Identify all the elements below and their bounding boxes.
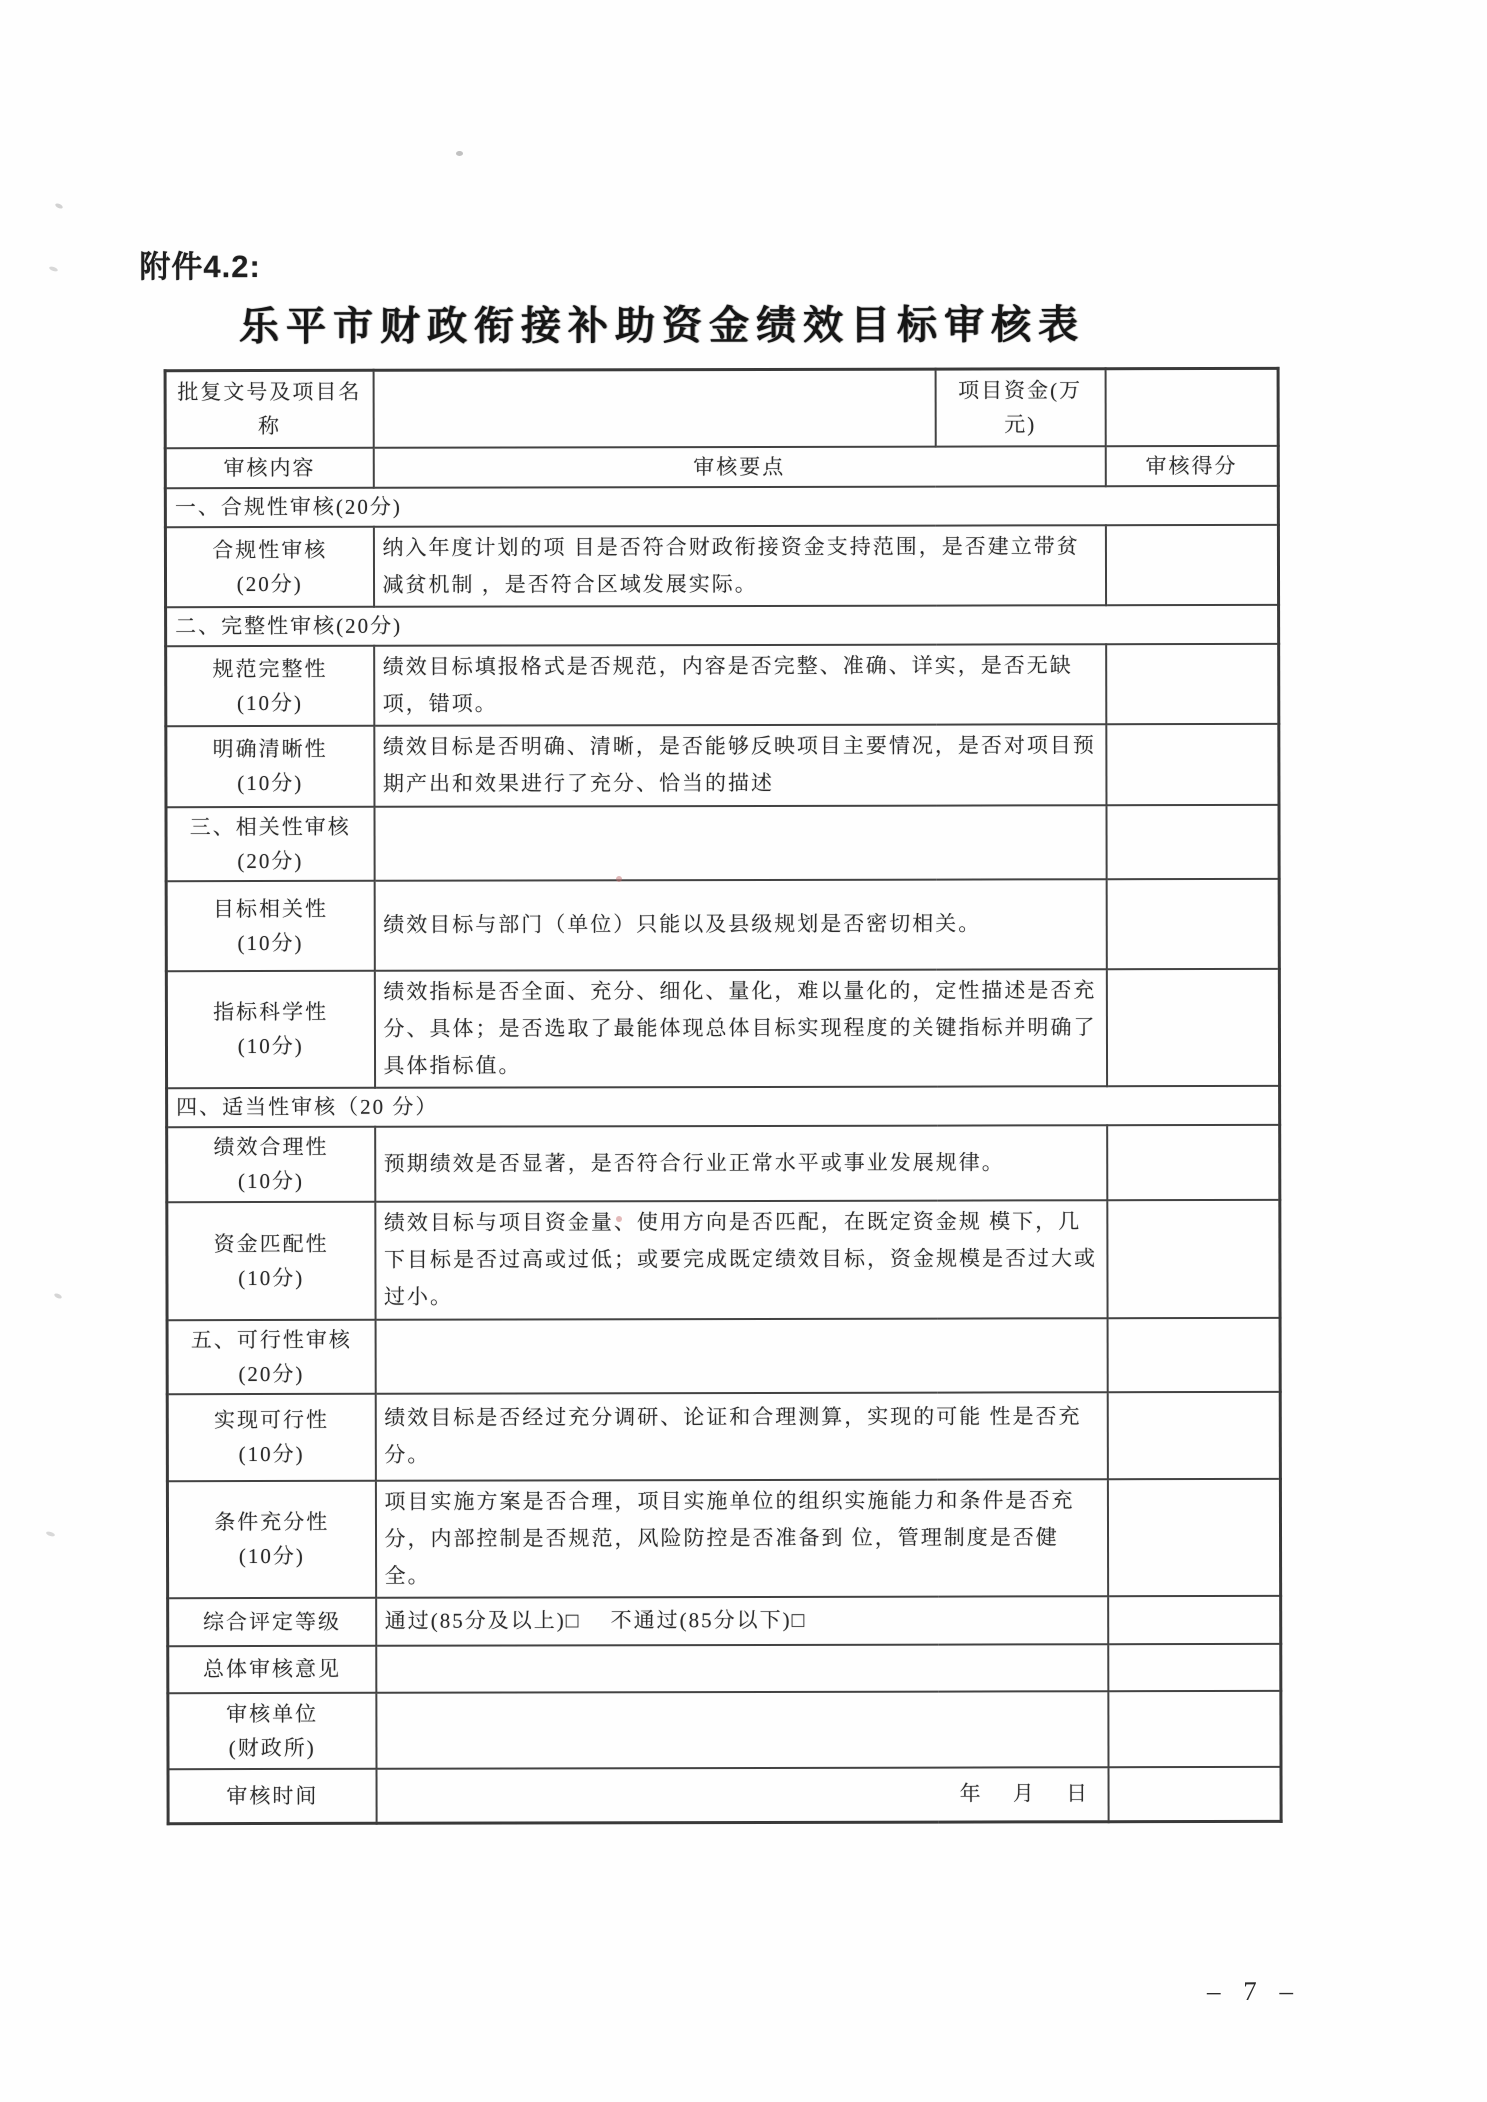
criteria-row: 条件充分性 (10分) 项目实施方案是否合理，项目实施单位的组织实施能力和条件是…: [167, 1478, 1280, 1597]
score-cell: [1106, 804, 1279, 878]
criteria-row: 指标科学性 (10分) 绩效指标是否全面、充分、细化、量化，难以量化的，定性描述…: [166, 968, 1279, 1087]
criteria-points: 绩效目标与项目资金量、使用方向是否匹配，在既定资金规 模下，几下目标是否过高或过…: [375, 1200, 1107, 1320]
criteria-points: 绩效指标是否全面、充分、细化、量化，难以量化的，定性描述是否充分、具体；是否选取…: [374, 969, 1106, 1088]
score-cell: [1106, 968, 1279, 1085]
overall-opinion-row: 总体审核意见: [168, 1643, 1281, 1692]
section-title: 一、合规性审核(20分): [165, 485, 1278, 526]
criteria-label: 指标科学性 (10分): [166, 970, 374, 1087]
criteria-points: 预期绩效是否显著，是否符合行业正常水平或事业发展规律。: [375, 1125, 1107, 1202]
col-header-content: 审核内容: [165, 447, 373, 487]
criteria-label: 目标相关性 (10分): [166, 880, 374, 970]
score-cell: [1108, 1643, 1281, 1690]
fund-value-cell: [1105, 368, 1278, 445]
criteria-score-weight: (10分): [177, 1437, 367, 1471]
criteria-score-weight: (10分): [176, 1260, 366, 1294]
criteria-row: 规范完整性 (10分) 绩效目标填报格式是否规范，内容是否完整、准确、详实，是否…: [166, 643, 1279, 725]
overall-grade-row: 综合评定等级 通过(85分及以上)□ 不通过(85分以下)□: [168, 1595, 1281, 1645]
score-cell: [1108, 1766, 1281, 1821]
section-name: 五、可行性审核: [191, 1327, 352, 1351]
criteria-name: 明确清晰性: [213, 737, 328, 761]
criteria-score-weight: (20分): [175, 566, 365, 600]
criteria-label: 条件充分性 (10分): [167, 1480, 375, 1597]
criteria-row: 实现可行性 (10分) 绩效目标是否经过充分调研、论证和合理测算，实现的可能 性…: [167, 1391, 1280, 1480]
section-title: 二、完整性审核(20分): [166, 604, 1279, 645]
criteria-score-weight: (10分): [177, 1539, 367, 1573]
col-header-points: 审核要点: [373, 446, 1105, 488]
page-number: – 7 –: [1207, 1976, 1301, 2007]
score-cell: [1105, 524, 1278, 604]
criteria-row: 目标相关性 (10分) 绩效目标与部门（单位）只能以及县级规划是否密切相关。: [166, 878, 1279, 970]
criteria-points: 纳入年度计划的项 目是否符合财政衔接资金支持范围，是否建立带贫减贫机制 ，是否符…: [373, 525, 1105, 607]
scan-artifact: [456, 151, 463, 156]
criteria-row: 资金匹配性 (10分) 绩效目标与项目资金量、使用方向是否匹配，在既定资金规 模…: [167, 1199, 1280, 1319]
review-unit-label: 审核单位 (财政所): [168, 1692, 376, 1768]
criteria-points: 绩效目标是否经过充分调研、论证和合理测算，实现的可能 性是否充分。: [375, 1392, 1107, 1481]
fund-label: 项目资金(万元): [935, 369, 1105, 446]
criteria-points: 绩效目标是否明确、清晰，是否能够反映项目主要情况，是否对项目预期产出和效果进行了…: [374, 724, 1106, 807]
criteria-name: 实现可行性: [214, 1408, 329, 1432]
criteria-score-weight: (10分): [175, 685, 365, 719]
overall-grade-options: 通过(85分及以上)□ 不通过(85分以下)□: [376, 1596, 1108, 1646]
info-row: 批复文号及项目名称 项目资金(万元): [165, 368, 1278, 447]
review-unit-cell: [376, 1691, 1108, 1769]
scanned-document-page: 附件4.2: 乐平市财政衔接补助资金绩效目标审核表 批复文号及项目名称 项目资金…: [0, 0, 1487, 2102]
section-score-weight: (20分): [177, 1356, 367, 1390]
criteria-points: 绩效目标填报格式是否规范，内容是否完整、准确、详实，是否无缺项，错项。: [374, 644, 1106, 726]
review-date-cell: 年 月 日: [376, 1767, 1108, 1824]
scan-artifact: [616, 1216, 622, 1222]
review-date-row: 审核时间 年 月 日: [168, 1766, 1281, 1823]
criteria-score-weight: (10分): [176, 1029, 366, 1063]
overall-opinion-cell: [376, 1644, 1108, 1693]
section-label-cell: 三、相关性审核 (20分): [166, 806, 374, 880]
page-title: 乐平市财政衔接补助资金绩效目标审核表: [105, 293, 1218, 352]
review-unit-row: 审核单位 (财政所): [168, 1690, 1281, 1768]
criteria-label: 明确清晰性 (10分): [166, 725, 374, 806]
criteria-name: 绩效合理性: [213, 1135, 328, 1159]
score-cell: [1106, 643, 1279, 723]
criteria-name: 指标科学性: [213, 1000, 328, 1024]
criteria-name: 条件充分性: [214, 1510, 329, 1534]
criteria-label: 绩效合理性 (10分): [167, 1126, 375, 1201]
section-cell-row: 三、相关性审核 (20分): [166, 804, 1279, 880]
score-cell: [1107, 1478, 1280, 1595]
empty-points-cell: [374, 805, 1106, 881]
score-cell: [1107, 1199, 1280, 1317]
review-date-label: 审核时间: [168, 1768, 376, 1823]
criteria-name: 合规性审核: [212, 537, 327, 561]
scan-content: 附件4.2: 乐平市财政衔接补助资金绩效目标审核表 批复文号及项目名称 项目资金…: [0, 0, 1487, 2102]
criteria-row: 明确清晰性 (10分) 绩效目标是否明确、清晰，是否能够反映项目主要情况，是否对…: [166, 723, 1279, 806]
overall-opinion-label: 总体审核意见: [168, 1645, 376, 1692]
review-form-table: 批复文号及项目名称 项目资金(万元) 审核内容 审核要点 审核得分 一、合规性审…: [164, 367, 1283, 1825]
criteria-label: 实现可行性 (10分): [167, 1393, 375, 1480]
criteria-row: 合规性审核 (20分) 纳入年度计划的项 目是否符合财政衔接资金支持范围，是否建…: [165, 524, 1278, 606]
criteria-name: 目标相关性: [213, 896, 328, 920]
criteria-score-weight: (10分): [175, 766, 365, 800]
col-header-score: 审核得分: [1105, 445, 1278, 485]
criteria-row: 绩效合理性 (10分) 预期绩效是否显著，是否符合行业正常水平或事业发展规律。: [167, 1124, 1280, 1201]
criteria-name: 规范完整性: [212, 656, 327, 680]
review-unit-sub: (财政所): [177, 1730, 367, 1764]
score-cell: [1108, 1595, 1281, 1643]
score-cell: [1106, 878, 1279, 968]
attachment-label: 附件4.2:: [139, 241, 261, 286]
criteria-name: 资金匹配性: [214, 1231, 329, 1255]
criteria-score-weight: (10分): [176, 925, 366, 959]
score-cell: [1107, 1317, 1280, 1391]
score-cell: [1107, 1124, 1280, 1199]
criteria-label: 合规性审核 (20分): [165, 526, 373, 606]
criteria-points: 绩效目标与部门（单位）只能以及县级规划是否密切相关。: [374, 879, 1106, 971]
criteria-label: 规范完整性 (10分): [166, 645, 374, 725]
criteria-score-weight: (10分): [176, 1164, 366, 1198]
section-title: 四、适当性审核（20 分）: [167, 1085, 1280, 1126]
criteria-label: 资金匹配性 (10分): [167, 1201, 375, 1319]
section-label-cell: 五、可行性审核 (20分): [167, 1319, 375, 1393]
column-header-row: 审核内容 审核要点 审核得分: [165, 445, 1278, 487]
overall-grade-label: 综合评定等级: [168, 1597, 376, 1645]
criteria-points: 项目实施方案是否合理，项目实施单位的组织实施能力和条件是否充分，内部控制是否规范…: [375, 1479, 1107, 1598]
score-cell: [1108, 1690, 1281, 1766]
scan-artifact: [616, 876, 622, 882]
section-row: 一、合规性审核(20分): [165, 485, 1278, 526]
section-row: 二、完整性审核(20分): [166, 604, 1279, 645]
score-cell: [1107, 1391, 1280, 1478]
section-name: 三、相关性审核: [190, 814, 351, 838]
doc-number-value-cell: [373, 369, 935, 447]
review-unit-name: 审核单位: [226, 1701, 318, 1725]
doc-number-label: 批复文号及项目名称: [165, 370, 373, 447]
empty-points-cell: [375, 1318, 1107, 1394]
section-row: 四、适当性审核（20 分）: [167, 1085, 1280, 1126]
score-cell: [1106, 723, 1279, 804]
section-score-weight: (20分): [176, 843, 366, 877]
section-cell-row: 五、可行性审核 (20分): [167, 1317, 1280, 1393]
